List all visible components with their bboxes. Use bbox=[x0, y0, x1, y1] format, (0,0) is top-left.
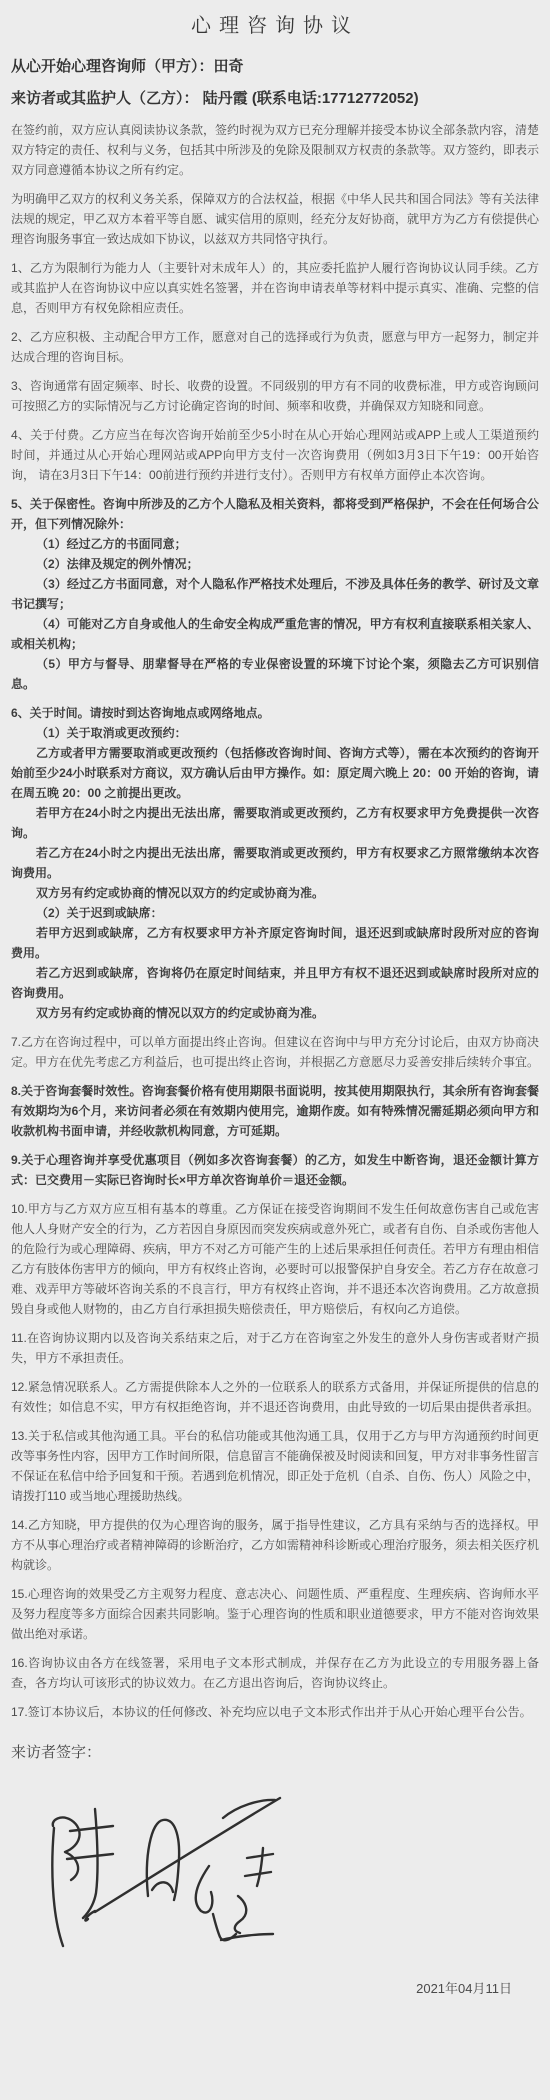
agreement-clause: 14.乙方知晓，甲方提供的仅为心理咨询的服务，属于指导性建议，乙方具有采纳与否的… bbox=[11, 1515, 539, 1575]
signature-date: 2021年04月11日 bbox=[11, 1980, 539, 1998]
agreement-clause: 若乙方迟到或缺席，咨询将仍在原定时间结束，并且甲方有权不退还迟到或缺席时段所对应… bbox=[11, 963, 539, 1003]
agreement-clause: （2）关于迟到或缺席： bbox=[11, 903, 539, 923]
agreement-clause: （2）法律及规定的例外情况； bbox=[11, 554, 539, 574]
agreement-clause: 5、关于保密性。咨询中所涉及的乙方个人隐私及相关资料，都将受到严格保护，不会在任… bbox=[11, 494, 539, 534]
agreement-clause: 在签约前，双方应认真阅读协议条款，签约时视为双方已充分理解并接受本协议全部条款内… bbox=[11, 120, 539, 180]
agreement-clause: 12.紧急情况联系人。乙方需提供除本人之外的一位联系人的联系方式备用，并保证所提… bbox=[11, 1377, 539, 1417]
agreement-clause: 若乙方在24小时之内提出无法出席，需要取消或更改预约，甲方有权要求乙方照常缴纳本… bbox=[11, 843, 539, 883]
agreement-clause: 11.在咨询协议期内以及咨询关系结束之后，对于乙方在咨询室之外发生的意外人身伤害… bbox=[11, 1328, 539, 1368]
agreement-clause: 1、乙方为限制行为能力人（主要针对未成年人）的，其应委托监护人履行咨询协议认同手… bbox=[11, 258, 539, 318]
agreement-clause: 9.关于心理咨询并享受优惠项目（例如多次咨询套餐）的乙方，如发生中断咨询，退还金… bbox=[11, 1150, 539, 1190]
agreement-clause: 若甲方在24小时之内提出无法出席，需要取消或更改预约，乙方有权要求甲方免费提供一… bbox=[11, 803, 539, 843]
agreement-clause: 17.签订本协议后，本协议的任何修改、补充均应以电子文本形式作出并于从心开始心理… bbox=[11, 1702, 539, 1722]
document-title: 心理咨询协议 bbox=[11, 12, 539, 40]
agreement-clause: 6、关于时间。请按时到达咨询地点或网络地点。 bbox=[11, 703, 539, 723]
agreement-clause: 13.关于私信或其他沟通工具。平台的私信功能或其他沟通工具，仅用于乙方与甲方沟通… bbox=[11, 1426, 539, 1506]
handwritten-signature bbox=[33, 1784, 313, 1954]
signature-label: 来访者签字： bbox=[11, 1742, 539, 1764]
agreement-clause: 15.心理咨询的效果受乙方主观努力程度、意志决心、问题性质、严重程度、生理疾病、… bbox=[11, 1584, 539, 1644]
agreement-clause: 为明确甲乙双方的权利义务关系，保障双方的合法权益，根据《中华人民共和国合同法》等… bbox=[11, 189, 539, 249]
agreement-clause: （5）甲方与督导、朋辈督导在严格的专业保密设置的环境下讨论个案，须隐去乙方可识别… bbox=[11, 654, 539, 694]
agreement-clause: 16.咨询协议由各方在线签署，采用电子文本形式制成，并保存在乙方为此设立的专用服… bbox=[11, 1653, 539, 1693]
agreement-clause: 双方另有约定或协商的情况以双方的约定或协商为准。 bbox=[11, 883, 539, 903]
agreement-clause: 7.乙方在咨询过程中，可以单方面提出终止咨询。但建议在咨询中与甲方充分讨论后，由… bbox=[11, 1032, 539, 1072]
agreement-clause: （4）可能对乙方自身或他人的生命安全构成严重危害的情况，甲方有权利直接联系相关家… bbox=[11, 614, 539, 654]
agreement-clause: （3）经过乙方书面同意，对个人隐私作严格技术处理后，不涉及具体任务的教学、研讨及… bbox=[11, 574, 539, 614]
agreement-clause: 乙方或者甲方需要取消或更改预约（包括修改咨询时间、咨询方式等），需在本次预约的咨… bbox=[11, 743, 539, 803]
agreement-clause: 双方另有约定或协商的情况以双方的约定或协商为准。 bbox=[11, 1003, 539, 1023]
agreement-clause: 8.关于咨询套餐时效性。咨询套餐价格有使用期限书面说明，按其使用期限执行，其余所… bbox=[11, 1081, 539, 1141]
agreement-clause: 3、咨询通常有固定频率、时长、收费的设置。不同级别的甲方有不同的收费标准，甲方或… bbox=[11, 376, 539, 416]
agreement-clause: 4、关于付费。乙方应当在每次咨询开始前至少5小时在从心开始心理网站或APP上或人… bbox=[11, 425, 539, 485]
agreement-clause: 若甲方迟到或缺席，乙方有权要求甲方补齐原定咨询时间，退还迟到或缺席时段所对应的咨… bbox=[11, 923, 539, 963]
clauses-container: 在签约前，双方应认真阅读协议条款，签约时视为双方已充分理解并接受本协议全部条款内… bbox=[11, 120, 539, 1722]
agreement-document: 心理咨询协议 从心开始心理咨询师（甲方）：田奇 来访者或其监护人（乙方）： 陆丹… bbox=[0, 0, 550, 1998]
agreement-clause: （1）关于取消或更改预约： bbox=[11, 723, 539, 743]
client-party-line: 来访者或其监护人（乙方）： 陆丹霞 (联系电话:17712772052) bbox=[11, 88, 539, 109]
counselor-party-line: 从心开始心理咨询师（甲方）：田奇 bbox=[11, 56, 539, 77]
agreement-clause: 10.甲方与乙方双方应互相有基本的尊重。乙方保证在接受咨询期间不发生任何故意伤害… bbox=[11, 1199, 539, 1319]
agreement-clause: （1）经过乙方的书面同意； bbox=[11, 534, 539, 554]
signature-strokes-icon bbox=[33, 1784, 313, 1954]
agreement-clause: 2、乙方应积极、主动配合甲方工作，愿意对自己的选择或行为负责，愿意与甲方一起努力… bbox=[11, 327, 539, 367]
